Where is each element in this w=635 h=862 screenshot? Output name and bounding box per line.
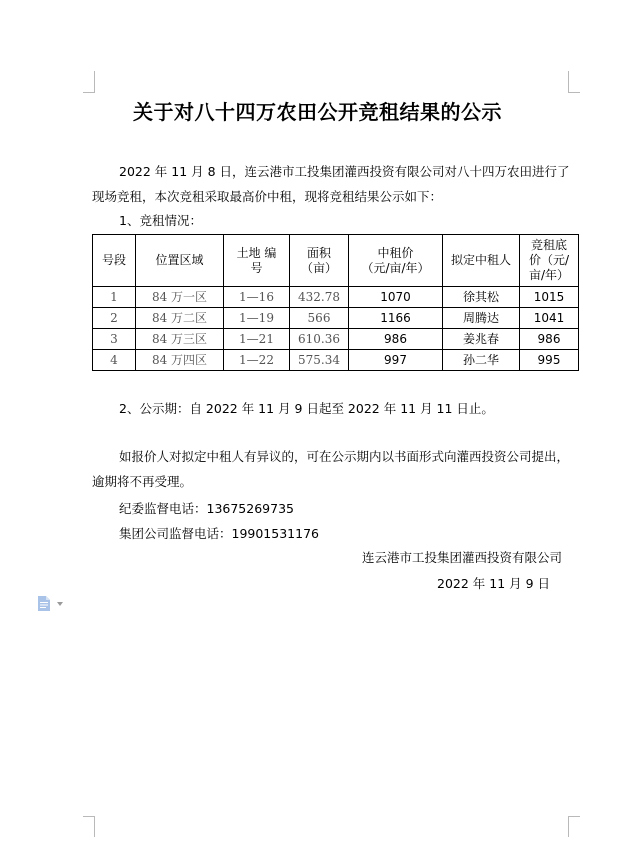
cell-segment-no: 2 [93, 308, 136, 329]
cell-reserve-price: 986 [520, 329, 579, 350]
cell-land-no: 1—22 [224, 350, 290, 371]
table-row: 3 84 万三区 1—21 610.36 986 姜兆春 986 [93, 329, 579, 350]
objection-line-2: 逾期将不再受理。 [92, 474, 192, 490]
signature-date: 2022 年 11 月 9 日 [437, 576, 550, 592]
table-row: 2 84 万二区 1—19 566 1166 周腾达 1041 [93, 308, 579, 329]
header-winning-price: 中租价（元/亩/年） [349, 235, 443, 287]
page-corner-mark-top-left [83, 71, 95, 93]
header-land-no: 土地 编号 [224, 235, 290, 287]
cell-land-no: 1—19 [224, 308, 290, 329]
cell-segment-no: 3 [93, 329, 136, 350]
cell-reserve-price: 1015 [520, 287, 579, 308]
cell-reserve-price: 1041 [520, 308, 579, 329]
bid-results-table: 号段 位置区域 土地 编号 面积（亩） 中租价（元/亩/年） 拟定中租人 竞租底… [92, 234, 579, 371]
page-corner-mark-top-right [568, 71, 580, 93]
table-header-row: 号段 位置区域 土地 编号 面积（亩） 中租价（元/亩/年） 拟定中租人 竞租底… [93, 235, 579, 287]
cell-segment-no: 1 [93, 287, 136, 308]
header-proposed-lessee: 拟定中租人 [443, 235, 520, 287]
cell-land-no: 1—16 [224, 287, 290, 308]
table-row: 4 84 万四区 1—22 575.34 997 孙二华 995 [93, 350, 579, 371]
intro-line-1: 2022 年 11 月 8 日，连云港市工投集团灌西投资有限公司对八十四万农田进… [119, 164, 570, 180]
cell-winning-price: 1166 [349, 308, 443, 329]
signature-organization: 连云港市工投集团灌西投资有限公司 [362, 550, 562, 566]
objection-line-1: 如报价人对拟定中租人有异议的，可在公示期内以书面形式向灌西投资公司提出， [119, 449, 569, 465]
cell-winning-price: 997 [349, 350, 443, 371]
cell-location: 84 万二区 [136, 308, 224, 329]
discipline-hotline: 纪委监督电话：13675269735 [119, 501, 294, 517]
section-2-publicity-period: 2、公示期：自 2022 年 11 月 9 日起至 2022 年 11 月 11… [119, 401, 494, 417]
cell-location: 84 万四区 [136, 350, 224, 371]
chevron-down-icon[interactable] [57, 602, 63, 606]
cell-winning-price: 986 [349, 329, 443, 350]
cell-location: 84 万一区 [136, 287, 224, 308]
cell-area: 610.36 [290, 329, 349, 350]
cell-proposed-lessee: 孙二华 [443, 350, 520, 371]
cell-proposed-lessee: 周腾达 [443, 308, 520, 329]
page-corner-mark-bottom-left [83, 816, 95, 837]
cell-segment-no: 4 [93, 350, 136, 371]
cell-proposed-lessee: 姜兆春 [443, 329, 520, 350]
cell-land-no: 1—21 [224, 329, 290, 350]
header-reserve-price: 竞租底价（元/亩/年） [520, 235, 579, 287]
header-area: 面积（亩） [290, 235, 349, 287]
cell-area: 432.78 [290, 287, 349, 308]
cell-area: 566 [290, 308, 349, 329]
section-1-heading: 1、竞租情况： [119, 213, 202, 229]
cell-winning-price: 1070 [349, 287, 443, 308]
document-title: 关于对八十四万农田公开竞租结果的公示 [0, 96, 635, 125]
cell-proposed-lessee: 徐其松 [443, 287, 520, 308]
cell-area: 575.34 [290, 350, 349, 371]
table-row: 1 84 万一区 1—16 432.78 1070 徐其松 1015 [93, 287, 579, 308]
cell-location: 84 万三区 [136, 329, 224, 350]
group-hotline: 集团公司监督电话：19901531176 [119, 526, 319, 542]
document-icon[interactable] [38, 596, 50, 611]
cell-reserve-price: 995 [520, 350, 579, 371]
header-segment-no: 号段 [93, 235, 136, 287]
intro-line-2: 现场竞租，本次竞租采取最高价中租，现将竞租结果公示如下： [92, 189, 442, 205]
header-location: 位置区域 [136, 235, 224, 287]
page-corner-mark-bottom-right [568, 816, 580, 837]
